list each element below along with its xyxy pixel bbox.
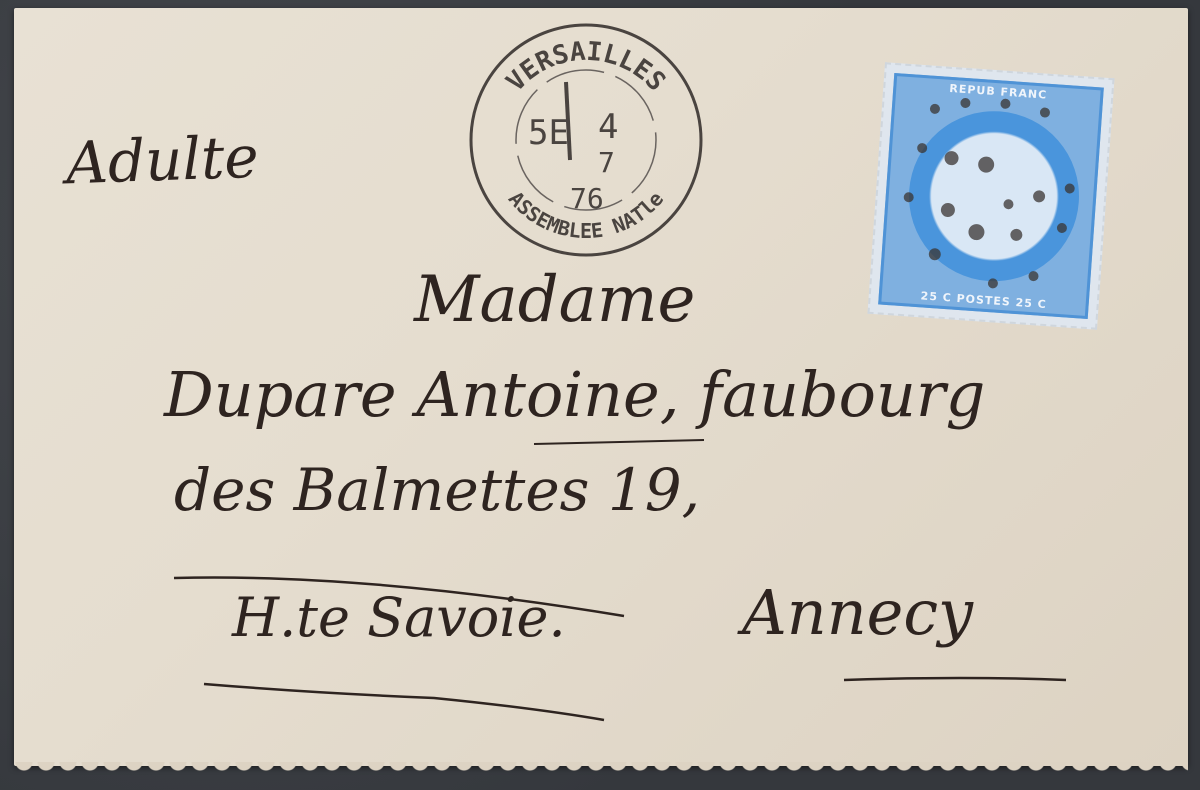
postmark-hour: 5E [528, 113, 569, 153]
stamp-cancellation [881, 76, 1107, 322]
postmark-year: 76 [570, 182, 604, 215]
postmark: VERSAILLES ASSEMBLEE NATle 5E 4 7 76 [466, 20, 706, 260]
postmark-day: 4 [598, 107, 618, 147]
postage-stamp: REPUB FRANC 25 C POSTES 25 C [867, 62, 1114, 329]
postmark-month: 7 [598, 146, 615, 179]
postmark-town: VERSAILLES [501, 37, 671, 98]
envelope: Adulte Madame Dupare Antoine, faubourg d… [14, 8, 1188, 766]
